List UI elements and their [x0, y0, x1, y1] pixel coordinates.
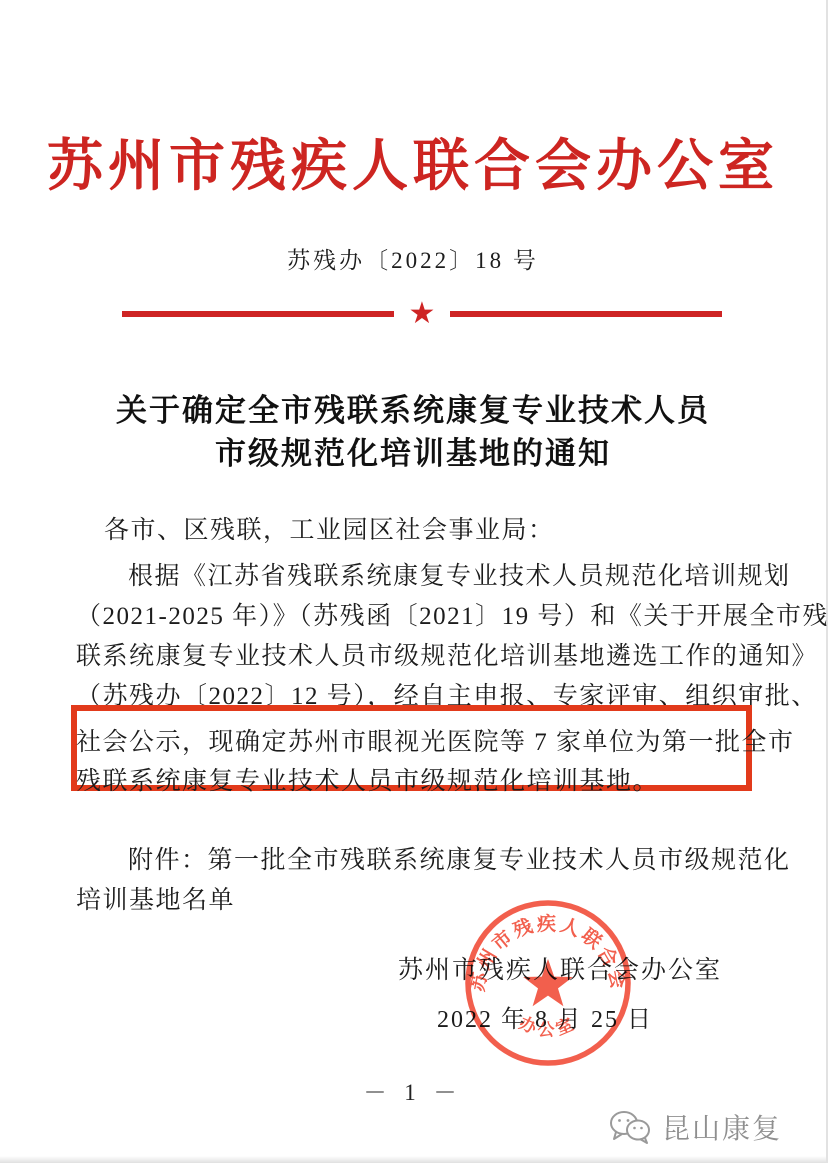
- body-line: 根据《江苏省残联系统康复专业技术人员规范化培训规划: [76, 556, 756, 592]
- divider-bar-left: [122, 311, 394, 317]
- watermark: 昆山康复: [608, 1107, 782, 1147]
- letterhead-title: 苏州市残疾人联合会办公室: [0, 122, 826, 202]
- attachment-line2: 培训基地名单: [76, 880, 756, 916]
- star-icon: ★: [394, 300, 450, 328]
- divider-bar-right: [450, 311, 722, 317]
- seal-bottom-text: 办公室: [516, 1012, 579, 1039]
- watermark-text: 昆山康复: [662, 1107, 782, 1147]
- official-seal: 苏州市残疾人联合会 办公室: [461, 896, 635, 1070]
- page-number: － 1 －: [0, 1074, 826, 1107]
- document-title-line1: 关于确定全市残联系统康复专业技术人员: [0, 385, 826, 430]
- highlighted-line: 社会公示，现确定苏州市眼视光医院等 7 家单位为第一批全市: [76, 722, 756, 758]
- attachment-line1: 附件：第一批全市残联系统康复专业技术人员市级规范化: [76, 840, 756, 876]
- page-bottom-edge: [0, 1156, 826, 1163]
- wechat-icon: [608, 1109, 652, 1145]
- seal-star-icon: [523, 959, 573, 1006]
- document-title-line2: 市级规范化培训基地的通知: [0, 428, 826, 473]
- body-line: 联系统康复专业技术人员市级规范化培训基地遴选工作的通知》: [76, 636, 756, 672]
- document-page: 苏州市残疾人联合会办公室 苏残办〔2022〕18 号 ★ 关于确定全市残联系统康…: [0, 0, 828, 1163]
- salutation: 各市、区残联，工业园区社会事业局：: [104, 510, 784, 546]
- document-number: 苏残办〔2022〕18 号: [0, 242, 826, 275]
- highlighted-line: 残联系统康复专业技术人员市级规范化培训基地。: [76, 761, 756, 797]
- red-divider: ★: [122, 300, 722, 328]
- body-line: （2021-2025 年）》（苏残函〔2021〕19 号）和《关于开展全市残: [76, 596, 756, 632]
